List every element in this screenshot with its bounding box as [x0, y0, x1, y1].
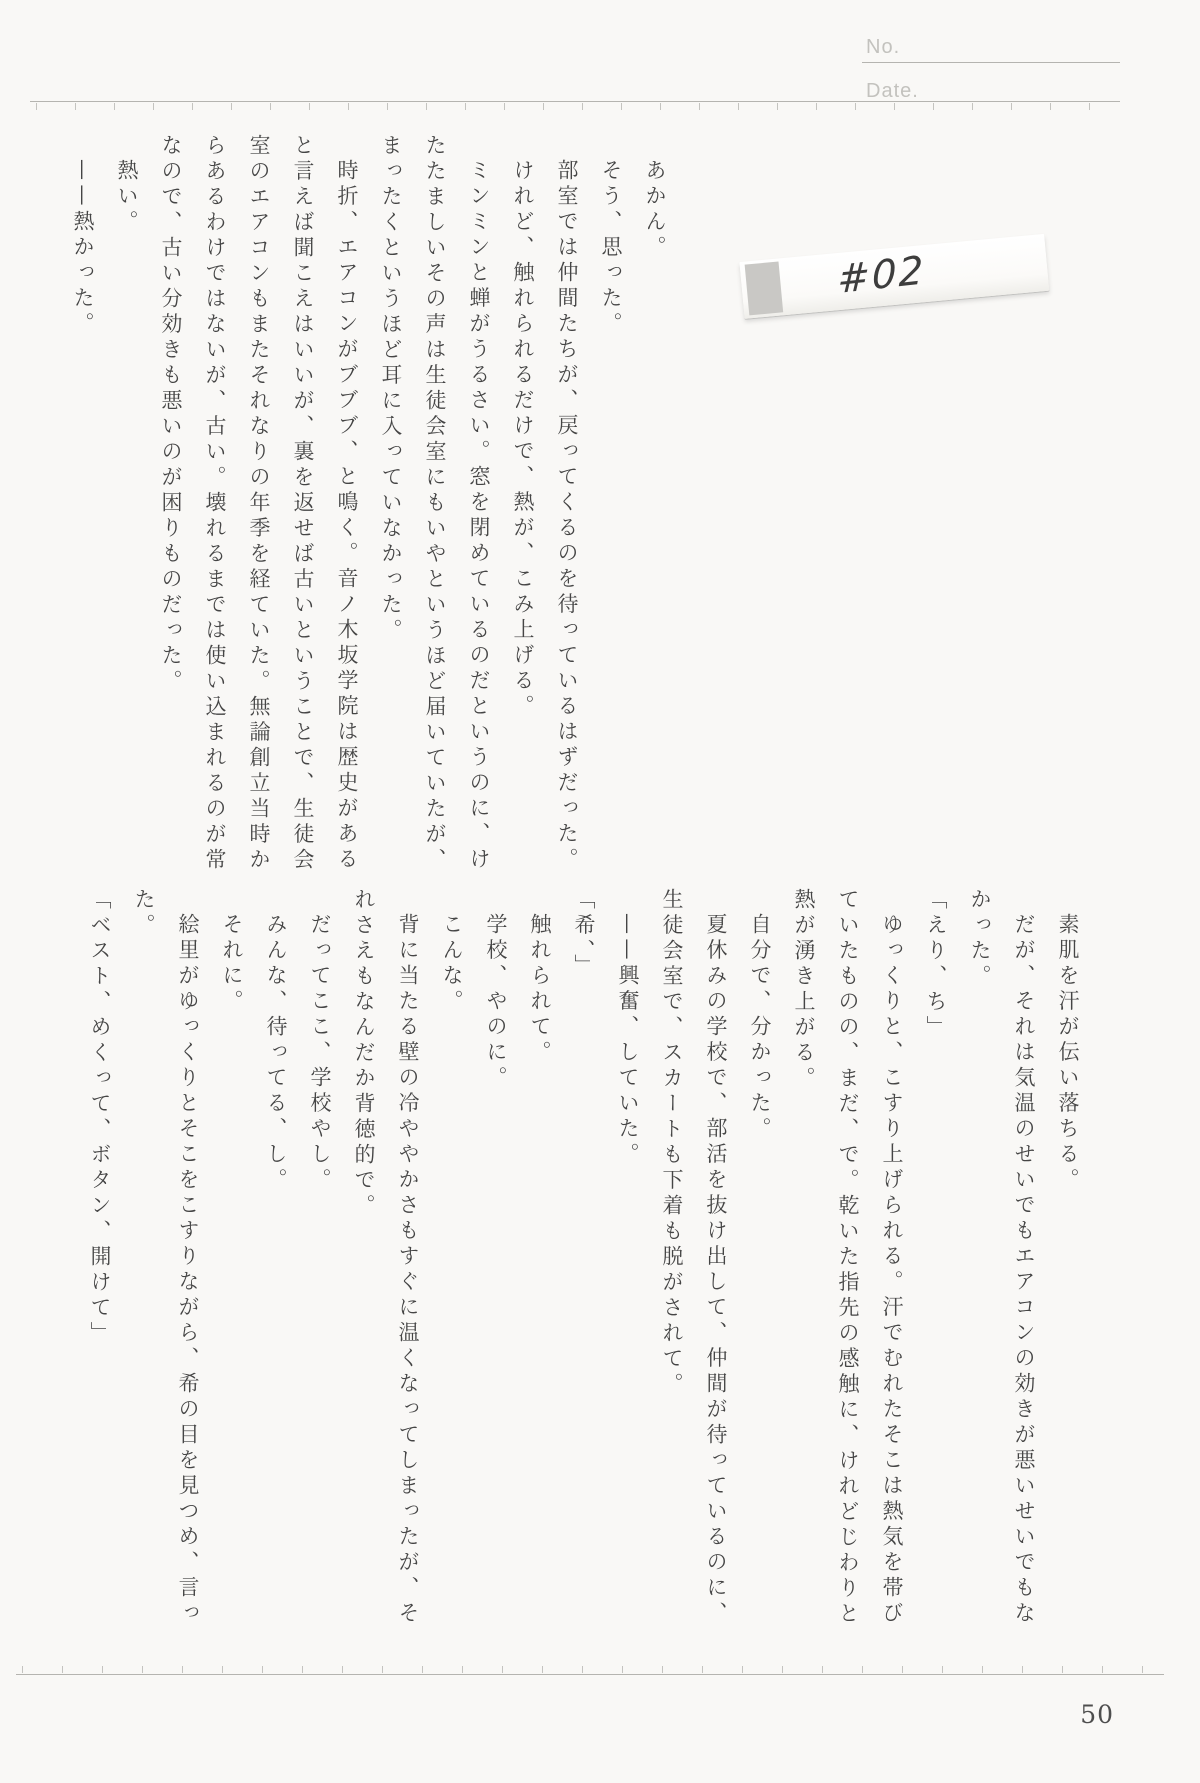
text-line: 学校、やのに。 — [485, 888, 506, 1633]
text-line: なので、古い分効きも悪いのが困りものだった。 — [160, 134, 181, 879]
page-number: 50 — [1080, 1700, 1114, 1729]
upper-text-band: あかん。そう、思った。部室では仲間たちが、戻ってくるのを待っているはずだった。け… — [49, 134, 665, 879]
text-line: た。 — [133, 888, 154, 1633]
text-line: こんな。 — [441, 888, 462, 1633]
text-line: 「希、」 — [573, 888, 594, 1633]
text-line: と言えば聞こえはいいが、裏を返せば古いということで、生徒会 — [292, 134, 313, 879]
text-line: 熱い。 — [116, 134, 137, 879]
text-line: ——興奮、していた。 — [617, 888, 638, 1633]
text-line: ——熱かった。 — [72, 134, 93, 879]
text-line: 背に当たる壁の冷ややかさもすぐに温くなってしまったが、そ — [397, 888, 418, 1633]
text-line: みんな、待ってる、し。 — [265, 888, 286, 1633]
date-label: Date. — [866, 80, 919, 103]
text-line: 絵里がゆっくりとそこをこすりながら、希の目を見つめ、言っ — [177, 888, 198, 1633]
bottom-ruler-line — [16, 1674, 1164, 1675]
text-line: 時折、エアコンがブブブ、と鳴く。音ノ木坂学院は歴史がある — [336, 134, 357, 879]
no-underline — [862, 62, 1120, 63]
chapter-number-label: #02 — [837, 248, 925, 303]
text-line: たたましいその声は生徒会室にもいやというほど届いていたが、 — [424, 134, 445, 879]
text-line: らあるわけではないが、古い。壊れるまでは使い込まれるのが常 — [204, 134, 225, 879]
notebook-page: No. Date. #02 あかん。そう、思った。部室では仲間たちが、戻ってくる… — [0, 0, 1200, 1783]
text-line: そう、思った。 — [600, 134, 621, 879]
chapter-tape-note: #02 — [739, 234, 1049, 319]
text-line: 夏休みの学校で、部活を抜け出して、仲間が待っているのに、 — [705, 888, 726, 1633]
text-line: ていたものの、まだ、で。乾いた指先の感触に、けれどじわりと — [837, 888, 858, 1633]
lower-text-band: 素肌を汗が伝い落ちる。だが、それは気温のせいでもエアコンの効きが悪いせいでもなか… — [66, 888, 1078, 1633]
text-line: ゆっくりと、こすり上げられる。汗でむれたそこは熱気を帯び — [881, 888, 902, 1633]
top-ruler-ticks — [36, 103, 1116, 110]
text-line: ミンミンと蝉がうるさい。窓を閉めているのだというのに、け — [468, 134, 489, 879]
text-line: 生徒会室で、スカートも下着も脱がされて。 — [661, 888, 682, 1633]
text-line: 室のエアコンもまたそれなりの年季を経ていた。無論創立当時か — [248, 134, 269, 879]
text-line: 素肌を汗が伝い落ちる。 — [1057, 888, 1078, 1633]
text-line: だが、それは気温のせいでもエアコンの効きが悪いせいでもな — [1013, 888, 1034, 1633]
text-line: それに。 — [221, 888, 242, 1633]
text-line: だってここ、学校やし。 — [309, 888, 330, 1633]
top-ruler-line — [30, 101, 1120, 102]
bottom-ruler-ticks — [22, 1666, 1146, 1673]
text-line: 「えり、ち」 — [925, 888, 946, 1633]
text-line: かった。 — [969, 888, 990, 1633]
text-line: 「ベスト、めくって、ボタン、開けて」 — [89, 888, 110, 1633]
no-label: No. — [866, 36, 900, 59]
text-line: けれど、触れられるだけで、熱が、こみ上げる。 — [512, 134, 533, 879]
text-line: まったくというほど耳に入っていなかった。 — [380, 134, 401, 879]
text-line: 部室では仲間たちが、戻ってくるのを待っているはずだった。 — [556, 134, 577, 879]
text-line: れさえもなんだか背徳的で。 — [353, 888, 374, 1633]
text-line: 熱が湧き上がる。 — [793, 888, 814, 1633]
text-line: あかん。 — [644, 134, 665, 879]
tape-gray-square — [745, 262, 784, 316]
text-line: 触れられて。 — [529, 888, 550, 1633]
text-line: 自分で、分かった。 — [749, 888, 770, 1633]
